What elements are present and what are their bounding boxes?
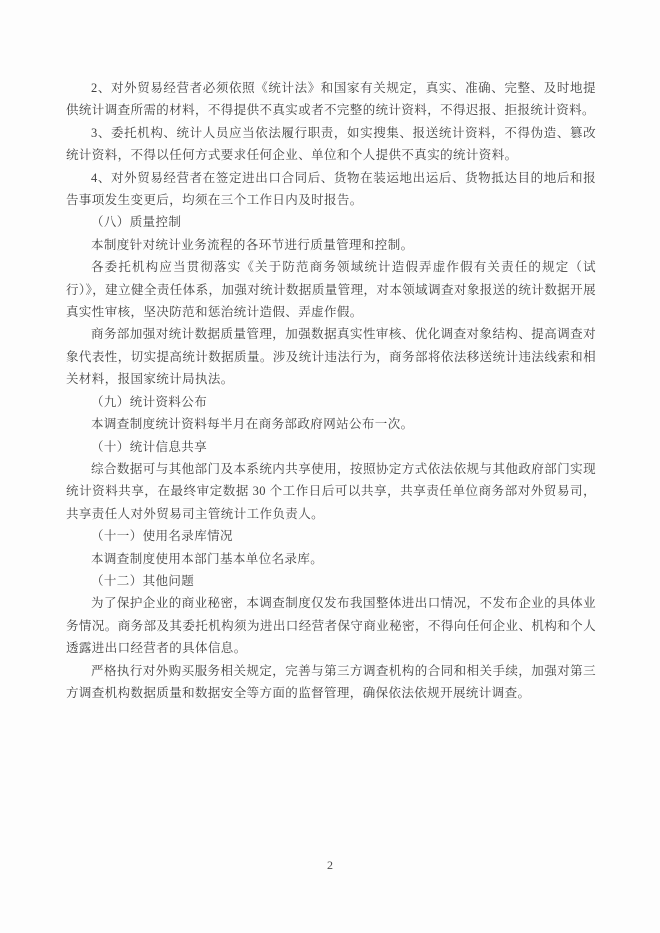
paragraph-registry: 本调查制度使用本部门基本单位名录库。 — [66, 548, 596, 570]
paragraph-item-2: 2、对外贸易经营者必须依照《统计法》和国家有关规定，真实、准确、完整、及时地提供… — [66, 77, 596, 122]
page-number: 2 — [0, 858, 660, 873]
paragraph-item-4: 4、对外贸易经营者在签定进出口合同后、货物在装运地出运后、货物抵达目的地后和报告… — [66, 167, 596, 212]
paragraph-info-sharing: 综合数据可与其他部门及本系统内共享使用，按照协定方式依法依规与其他政府部门实现统… — [66, 458, 596, 525]
section-heading-12: （十二）其他问题 — [66, 570, 596, 592]
document-content: 2、对外贸易经营者必须依照《统计法》和国家有关规定，真实、准确、完整、及时地提供… — [66, 77, 596, 704]
section-heading-10: （十）统计信息共享 — [66, 436, 596, 458]
section-heading-11: （十一）使用名录库情况 — [66, 525, 596, 547]
section-heading-8: （八）质量控制 — [66, 211, 596, 233]
paragraph-quality-control: 本制度针对统计业务流程的各环节进行质量管理和控制。 — [66, 234, 596, 256]
paragraph-publication: 本调查制度统计资料每半月在商务部政府网站公布一次。 — [66, 413, 596, 435]
paragraph-third-party: 严格执行对外购买服务相关规定，完善与第三方调查机构的合同和相关手续，加强对第三方… — [66, 660, 596, 705]
paragraph-entrusted-agencies: 各委托机构应当贯彻落实《关于防范商务领域统计造假弄虚作假有关责任的规定（试行）》… — [66, 256, 596, 323]
paragraph-mofcom-quality: 商务部加强对统计数据质量管理，加强数据真实性审核、优化调查对象结构、提高调查对象… — [66, 323, 596, 390]
paragraph-item-3: 3、委托机构、统计人员应当依法履行职责，如实搜集、报送统计资料，不得伪造、篡改统… — [66, 122, 596, 167]
paragraph-confidentiality: 为了保护企业的商业秘密，本调查制度仅发布我国整体进出口情况，不发布企业的具体业务… — [66, 592, 596, 659]
document-page: 2、对外贸易经营者必须依照《统计法》和国家有关规定，真实、准确、完整、及时地提供… — [0, 0, 660, 933]
section-heading-9: （九）统计资料公布 — [66, 391, 596, 413]
